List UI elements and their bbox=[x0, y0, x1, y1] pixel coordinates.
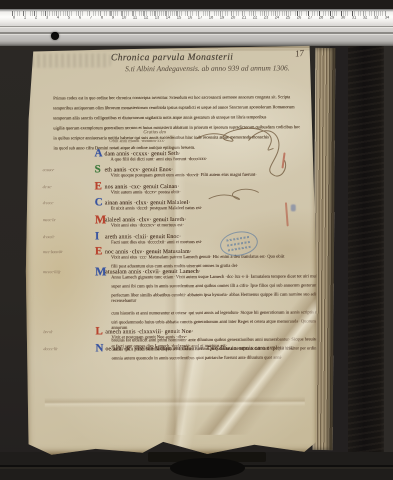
margin-year: dcccc·lii· bbox=[44, 347, 59, 352]
entry-text: oe ann̄ ·dc· vite sue factum est diluuiu… bbox=[105, 344, 294, 351]
illuminated-initial: S bbox=[95, 164, 101, 175]
ruler-cm-number: 16 bbox=[186, 16, 193, 20]
ruler-cm-number: 12 bbox=[142, 16, 149, 20]
gloss-line: super anni ibi cum quis in annis succede… bbox=[111, 282, 348, 289]
ruler-cm-number: 19 bbox=[219, 16, 226, 20]
ruler-cm-number: 25 bbox=[285, 16, 292, 20]
ruler-cm-number: 22 bbox=[252, 16, 259, 20]
ruler-cm-number: 31 bbox=[351, 16, 358, 20]
ruler-cm-number: 18 bbox=[208, 16, 215, 20]
ruler-cm-number: 10 bbox=[120, 16, 127, 20]
ruler-cm-number: 21 bbox=[241, 16, 248, 20]
ruler-cm-number: 6 bbox=[76, 16, 83, 20]
ruler-cm-number: 9 bbox=[109, 16, 116, 20]
ruler-cm-number: 27 bbox=[307, 16, 314, 20]
ruler-cm-number: 8 bbox=[98, 16, 105, 20]
ruler-cm-number: 33 bbox=[373, 16, 380, 20]
ink-offset-smudge bbox=[31, 53, 111, 67]
heading-line2: S.ti Albini Andegavensis. ab anno 939 ad… bbox=[125, 63, 321, 73]
gloss-line: omnia autem quomodo in annis succedentib… bbox=[112, 354, 349, 361]
margin-year: d·cxcii· bbox=[43, 235, 55, 240]
manuscript-photograph: 0123456789101112131415161718192021222324… bbox=[0, 0, 393, 480]
ruler-cm-number: 1 bbox=[22, 16, 29, 20]
ruler-cm-number: 28 bbox=[318, 16, 325, 20]
illuminated-initial: E bbox=[95, 181, 102, 192]
gloss-line: Anno Lamech gignente tunc etiam· Vixit a… bbox=[111, 273, 348, 280]
ruler-groove bbox=[0, 32, 393, 34]
ruler-cm-number: 0 bbox=[11, 16, 18, 20]
ruler-cm-number: 11 bbox=[131, 16, 138, 20]
measuring-ruler: 0123456789101112131415161718192021222324… bbox=[0, 9, 393, 46]
ruler-cm-number: 4 bbox=[54, 16, 61, 20]
ruler-cm-number: 14 bbox=[164, 16, 171, 20]
margin-year: mcc·lxxxviii· bbox=[43, 250, 63, 255]
centered-colophon: Gratias deo bbox=[143, 129, 166, 135]
ruler-cm-number: 5 bbox=[65, 16, 72, 20]
ruler-screw-hole bbox=[51, 32, 59, 40]
ruler-cm-number: 3 bbox=[44, 16, 51, 20]
ruler-cm-number: 2 bbox=[33, 16, 40, 20]
stamp-text-line bbox=[228, 246, 252, 252]
ruler-cm-number: 26 bbox=[296, 16, 303, 20]
chronicle-entry: dcccc·lii·Noe ann̄ ·dc· vite sue factum … bbox=[24, 344, 318, 346]
ruler-cm-number: 30 bbox=[340, 16, 347, 20]
chronicle-entry: mccc·lx·Malaleel annis ·clxv· genuit Iar… bbox=[24, 215, 318, 217]
ruler-cm-number: 24 bbox=[274, 16, 281, 20]
illuminated-initial: C bbox=[95, 197, 103, 208]
ruler-cm-number: 17 bbox=[197, 16, 204, 20]
page-heading: Chronica parvula Monasterii S.ti Albini … bbox=[111, 52, 321, 73]
illuminated-initial: I bbox=[95, 231, 99, 242]
illuminated-initial: L bbox=[95, 326, 102, 337]
ruler-cm-number: 32 bbox=[362, 16, 369, 20]
ruler-cm-number: 20 bbox=[230, 16, 237, 20]
horizontal-wrinkle bbox=[45, 396, 305, 407]
obiit-note: Obiit anni mundi ·mmmm·xxx· bbox=[109, 138, 165, 143]
illuminated-initial: E bbox=[95, 246, 102, 257]
gloss-line: perfectum liber similis abbatibus cenobi… bbox=[111, 291, 348, 303]
ruler-cm-number: 13 bbox=[153, 16, 160, 20]
margin-year: ccxxxv· bbox=[43, 168, 55, 173]
chronicle-entry: d·cxcii·Iareth annis ·clxii· genuit Enoc… bbox=[24, 232, 318, 234]
intro-line: Primus codex est in quo ordine hec chron… bbox=[53, 94, 311, 101]
heading-line1: Chronica parvula Monasterii bbox=[111, 52, 321, 63]
book-stand-base bbox=[170, 458, 245, 478]
ruler-cm-number: 15 bbox=[175, 16, 182, 20]
blue-marginal-mark bbox=[291, 204, 296, 211]
ruler-cm-number: 23 bbox=[263, 16, 270, 20]
ruler-cm-number: 7 bbox=[87, 16, 94, 20]
ruler-cm-number: 34 bbox=[384, 16, 391, 20]
manuscript-page: 17 Chronica parvula Monasterii S.ti Albi… bbox=[23, 44, 319, 456]
gloss-line: cum historiis et anni numerantur et cete… bbox=[111, 309, 348, 316]
ruler-cm-number: 29 bbox=[329, 16, 336, 20]
margin-year: mcccc·liiij· bbox=[43, 270, 61, 275]
margin-year: dc·xc· bbox=[43, 185, 52, 190]
illuminated-initial: N bbox=[95, 343, 103, 354]
backdrop-right-edge bbox=[384, 40, 393, 464]
margin-year: d·cccc· bbox=[43, 201, 54, 206]
ruler-groove bbox=[0, 26, 393, 27]
book-spine-band bbox=[348, 40, 384, 464]
illuminated-initial: A bbox=[94, 148, 102, 159]
margin-year: mccc·lx· bbox=[43, 218, 56, 223]
margin-year: lxv·xl· bbox=[43, 330, 53, 335]
ruler-numbers: 0123456789101112131415161718192021222324… bbox=[0, 9, 393, 23]
